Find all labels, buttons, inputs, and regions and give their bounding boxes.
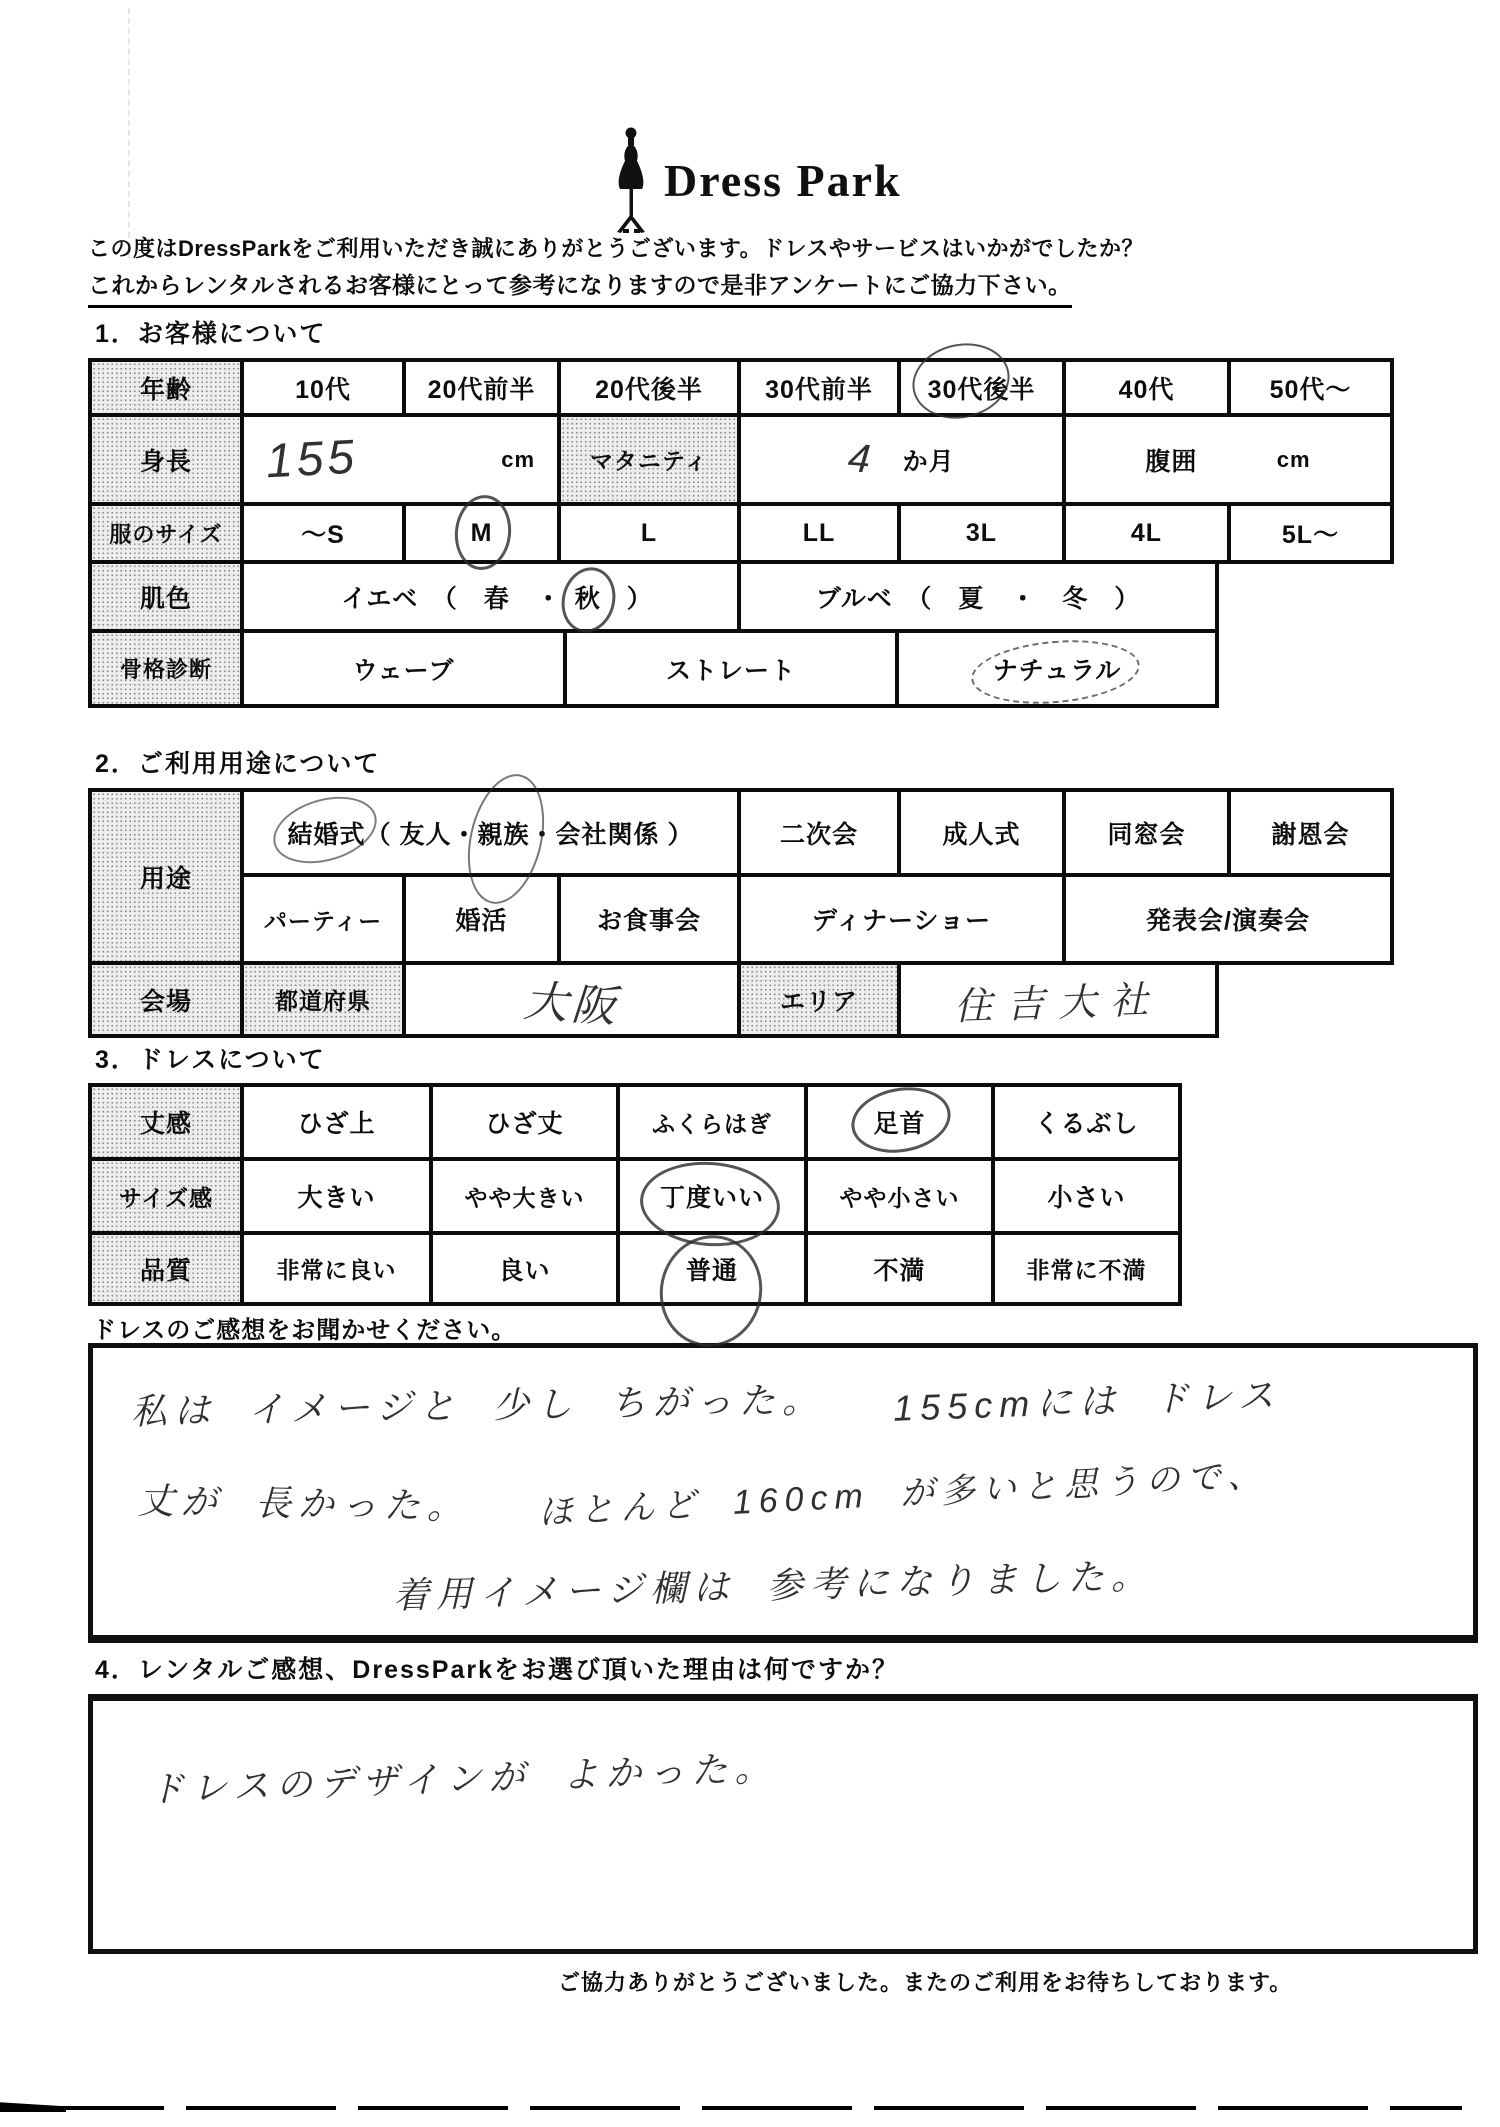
feedback-handwritten-line1a: 私は イメージと 少し ちがった。 <box>131 1372 826 1435</box>
dress-table: 丈感 ひざ上 ひざ丈 ふくらはぎ 足首 くるぶし サイズ感 大きい やや大きい … <box>88 1083 1186 1306</box>
frame-option-natural-circled: ナチュラル <box>993 651 1122 687</box>
purpose-wedding-end: ・会社関係 ） <box>530 815 694 851</box>
venue-pref-value-cell: 大阪 <box>402 961 741 1038</box>
waist-unit: cm <box>1277 447 1311 473</box>
age-option-late20s: 20代後半 <box>557 358 741 417</box>
brand-name: Dress Park <box>664 154 902 207</box>
footer-thanks-text: ご協力ありがとうございました。またのご利用をお待ちしております。 <box>558 1966 1292 1997</box>
purpose-party: パーティー <box>240 873 406 965</box>
maternity-months-cell: 4 か月 <box>737 413 1066 506</box>
section3-title: 3．ドレスについて <box>95 1040 326 1076</box>
feedback-handwritten-line3: 着用イメージ欄は 参考になりました。 <box>392 1548 1154 1619</box>
age-label-cell: 年齢 <box>88 358 244 417</box>
fit-slightly-small: やや小さい <box>804 1157 995 1235</box>
size-option-m-cell: M <box>402 502 561 564</box>
length-ankle-cell: 足首 <box>804 1083 995 1161</box>
scan-artifact-bottom-line <box>14 2106 1462 2110</box>
frame-option-natural-cell: ナチュラル <box>895 629 1219 708</box>
usage-table: 用途 結婚式（ 友人・親族・会社関係 ） 二次会 成人式 同窓会 謝恩会 パーテ… <box>88 788 1398 1038</box>
venue-label-cell: 会場 <box>88 961 244 1038</box>
maternity-label-cell: マタニティ <box>557 413 741 506</box>
section1-title: 1．お客様について <box>95 314 326 350</box>
quality-dissatisfied: 不満 <box>804 1231 995 1306</box>
customer-info-table: 年齢 10代 20代前半 20代後半 30代前半 30代後半 40代 50代～ … <box>88 358 1398 708</box>
length-calf: ふくらはぎ <box>616 1083 808 1161</box>
purpose-reunion: 同窓会 <box>1062 788 1231 877</box>
age-option-40s: 40代 <box>1062 358 1231 417</box>
purpose-wedding-circled: 結婚式 <box>288 815 366 851</box>
fit-just-right-circled: 丁度いい <box>660 1178 764 1214</box>
scan-noise-streak <box>128 8 130 258</box>
quality-verygood: 非常に良い <box>240 1231 433 1306</box>
brand-logo: Dress Park <box>610 126 902 238</box>
size-label-cell: 服のサイズ <box>88 502 244 564</box>
feedback-handwritten-line2b: ほとんど 160cm が多いと思うので、 <box>537 1447 1269 1534</box>
skin-autumn-circled: 秋 <box>575 579 601 615</box>
length-label-cell: 丈感 <box>88 1083 244 1161</box>
length-anklebone: くるぶし <box>991 1083 1182 1161</box>
dress-form-icon <box>610 126 652 238</box>
waist-label: 腹囲 <box>1145 442 1197 478</box>
age-option-late30s-circled: 30代後半 <box>928 370 1036 406</box>
height-unit: cm <box>501 447 535 473</box>
size-option-4l: 4L <box>1062 502 1231 564</box>
fit-small: 小さい <box>991 1157 1182 1235</box>
reason-handwritten-line: ドレスのデザインが よかった。 <box>147 1740 778 1813</box>
purpose-wedding-cell: 結婚式（ 友人・親族・会社関係 ） <box>240 788 741 877</box>
venue-area-label-cell: エリア <box>737 961 901 1038</box>
length-above-knee: ひざ上 <box>240 1083 433 1161</box>
age-option-early30s: 30代前半 <box>737 358 901 417</box>
height-handwritten-value: 155 <box>265 430 360 490</box>
maternity-months-handwritten: 4 <box>846 436 876 483</box>
feedback-prompt: ドレスのご感想をお聞かせください。 <box>92 1310 516 1345</box>
section4-title: 4．レンタルご感想、DressParkをお選び頂いた理由は何ですか？ <box>95 1650 899 1686</box>
venue-area-handwritten: 住吉大社 <box>953 968 1163 1030</box>
reason-comment-box: ドレスのデザインが よかった。 <box>88 1694 1478 1954</box>
maternity-months-unit: か月 <box>903 442 955 478</box>
length-knee: ひざ丈 <box>429 1083 620 1161</box>
skin-yellow-cell: イエベ （ 春 ・ 秋 ） <box>240 560 741 633</box>
skin-yellow-suffix: ） <box>601 579 653 615</box>
frame-option-wave: ウェーブ <box>240 629 567 708</box>
size-option-3l: 3L <box>897 502 1066 564</box>
age-option-early20s: 20代前半 <box>402 358 561 417</box>
size-option-ll: LL <box>737 502 901 564</box>
fit-label-cell: サイズ感 <box>88 1157 244 1235</box>
frame-option-straight: ストレート <box>563 629 899 708</box>
age-option-50s: 50代～ <box>1227 358 1394 417</box>
skin-yellow-prefix: イエベ （ 春 ・ <box>328 579 575 615</box>
intro-emphasis-text: これからレンタルされるお客様にとって参考になりますので是非アンケートにご協力下さ… <box>88 267 1072 308</box>
size-option-m-circled: M <box>471 519 493 548</box>
intro-text: この度はDressParkをご利用いただき誠にありがとうございます。ドレスやサー… <box>88 232 1144 263</box>
venue-area-value-cell: 住吉大社 <box>897 961 1219 1038</box>
quality-good: 良い <box>429 1231 620 1306</box>
purpose-dinnershow: ディナーショー <box>737 873 1066 965</box>
purpose-dinner: お食事会 <box>557 873 741 965</box>
purpose-comingofage: 成人式 <box>897 788 1066 877</box>
purpose-label-cell: 用途 <box>88 788 244 965</box>
height-value-cell: 155 cm <box>240 413 561 506</box>
size-option-l: L <box>557 502 741 564</box>
venue-pref-label-cell: 都道府県 <box>240 961 406 1038</box>
scanned-questionnaire-page: Dress Park この度はDressParkをご利用いただき誠にありがとうご… <box>0 0 1500 2127</box>
quality-normal-cell: 普通 <box>616 1231 808 1306</box>
fit-slightly-large: やや大きい <box>429 1157 620 1235</box>
fit-just-right-cell: 丁度いい <box>616 1157 808 1235</box>
quality-normal-circled: 普通 <box>686 1251 738 1287</box>
venue-pref-handwritten: 大阪 <box>521 964 621 1035</box>
skin-label-cell: 肌色 <box>88 560 244 633</box>
age-option-late30s-cell: 30代後半 <box>897 358 1066 417</box>
size-option-5l: 5L～ <box>1227 502 1394 564</box>
waist-cell: 腹囲 cm <box>1062 413 1394 506</box>
purpose-afterparty: 二次会 <box>737 788 901 877</box>
section2-title: 2．ご利用用途について <box>95 744 380 780</box>
feedback-handwritten-line1b: 155cmには ドレス <box>892 1367 1282 1432</box>
purpose-recital: 発表会/演奏会 <box>1062 873 1394 965</box>
feedback-comment-box: 私は イメージと 少し ちがった。 155cmには ドレス 丈が 長かった。 ほ… <box>88 1343 1478 1643</box>
quality-verydissatisfied: 非常に不満 <box>991 1231 1182 1306</box>
purpose-thanksparty: 謝恩会 <box>1227 788 1394 877</box>
purpose-konkatsu: 婚活 <box>402 873 561 965</box>
size-option-s: ～S <box>240 502 406 564</box>
height-label-cell: 身長 <box>88 413 244 506</box>
age-option-10s: 10代 <box>240 358 406 417</box>
skin-blue-cell: ブルベ （ 夏 ・ 冬 ） <box>737 560 1219 633</box>
frame-label-cell: 骨格診断 <box>88 629 244 708</box>
purpose-wedding-mid: （ 友人・ <box>366 815 478 851</box>
quality-label-cell: 品質 <box>88 1231 244 1306</box>
feedback-handwritten-line2a: 丈が 長かった。 <box>138 1473 471 1530</box>
purpose-relatives-circled: 親族 <box>478 815 530 851</box>
fit-large: 大きい <box>240 1157 433 1235</box>
length-ankle-circled: 足首 <box>873 1104 925 1140</box>
